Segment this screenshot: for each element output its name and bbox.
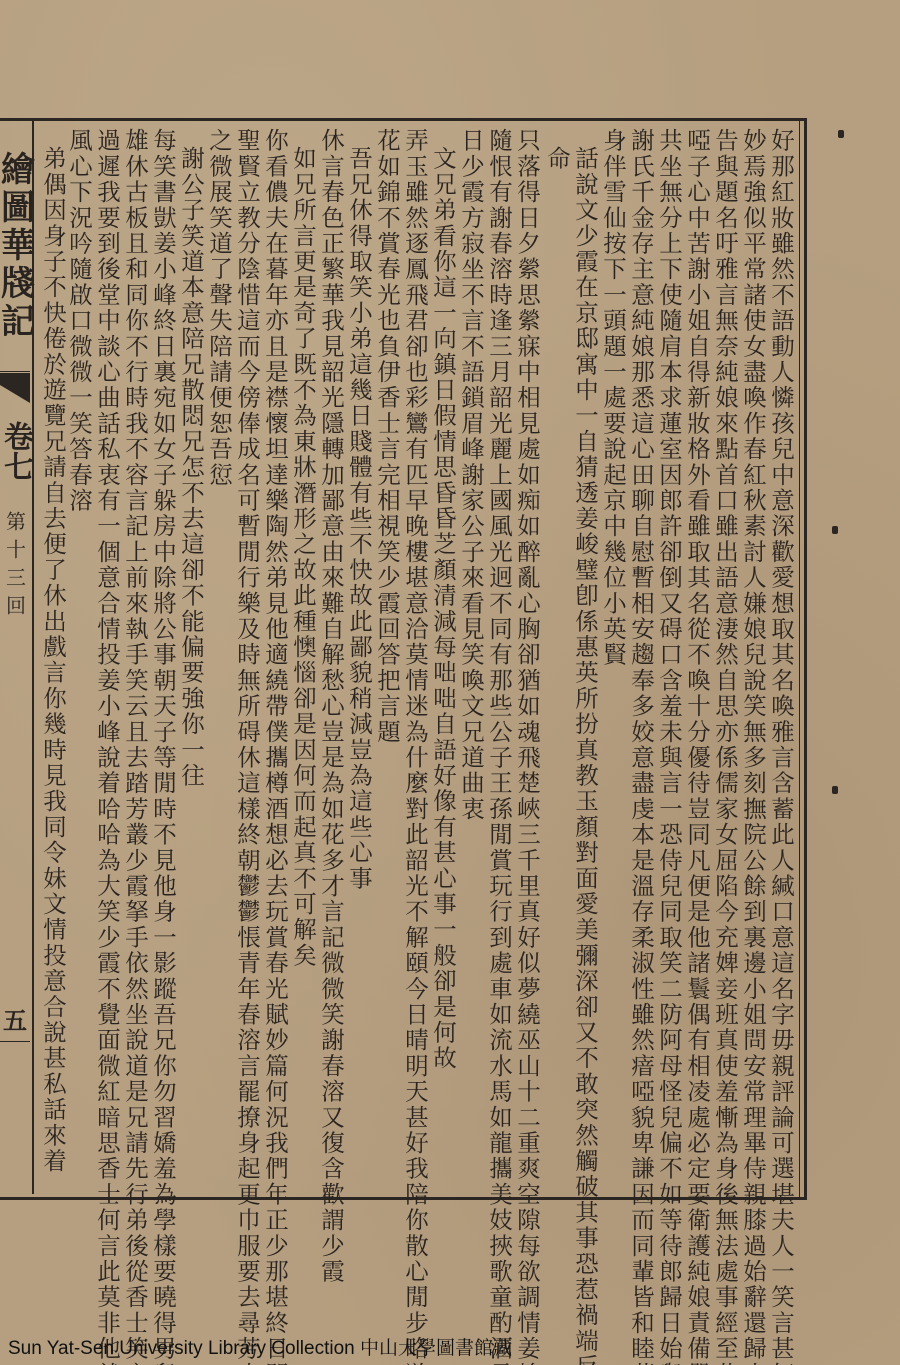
text-column: 謝公子笑道本意陪兄散悶兄怎不去這卻不能偏要強你一往 — [179, 146, 203, 1208]
text-column: 如兄所言更是奇了既不為東牀潛形之故此種懊惱卻是因何而起真不可解矣 — [291, 146, 315, 1208]
text-column: 花如錦不賞春光也負伊香士言完相視笑少霞回答把言題 — [375, 128, 399, 1190]
text-column: 弟偶因身子不快倦於遊覽兄請自去便了休出戲言你幾時見我同令妹文情投意合說甚私話來着 — [41, 146, 65, 1208]
text-column: 之微展笑道了聲失陪請便恕吾愆 — [207, 128, 231, 1190]
binding-hole-mark — [832, 786, 838, 794]
text-column: 隨恨有謝春溶時逢三月韶光麗上國風光迥不同有那些公子王孫閒賞玩行到處車如流水馬如龍… — [487, 128, 511, 1190]
binding-hole-mark — [838, 130, 844, 138]
block-center-margin: 繪圖華牋記 卷七 第十三回 五 — [0, 121, 34, 1194]
text-column: 文兄弟看你這一向鎮日假情思昏昏芝顏清減每咄咄自語好像有甚心事一般卻是何故 — [431, 146, 455, 1208]
chapter-label: 第十三回 — [0, 511, 30, 623]
text-column: 妙焉強似平常諸使女盡喚作春紅秋素討人嫌娘兒說笑無多刻撫院公餘到裏邊小姐問安常理畢… — [741, 128, 765, 1190]
text-column: 好那紅妝雖然不語動人憐孩兒中意深歡愛想取其名喚雅言含蓄此人緘口意這名字毋親評論可… — [769, 128, 793, 1190]
fish-tail-mark — [0, 373, 30, 403]
volume-label: 卷七 — [0, 411, 30, 491]
text-column: 過遲我要到後堂中談心曲話私衷有一個意合情投姜小峰說着哈哈為大笑少霞不覺面微紅暗思… — [95, 128, 119, 1190]
collection-credit: Sun Yat-Sen University Library Collectio… — [8, 1333, 512, 1360]
text-column: 弄玉雖然逐鳳飛君卻也彩鸞有匹早晚樓堪意洽莫情迷為什麼對此韶光不解頤今日晴明天甚好… — [403, 128, 427, 1190]
main-text-body: 好那紅妝雖然不語動人憐孩兒中意深歡愛想取其名喚雅言含蓄此人緘口意這名字毋親評論可… — [40, 124, 800, 1190]
text-column: 雄休古板且和同你不行時我不容言記上前來執手笑云且去踏芳叢少霞拏手依然坐說道是兄請… — [123, 128, 147, 1190]
binding-hole-mark — [832, 526, 838, 534]
text-column: 告與題名吁雅言無奈純娘來點首口雖出語意淒然自思亦係儒家女屈陷今充婢妾班真使羞慚為… — [713, 128, 737, 1190]
text-column: 謝氏千金存主意純娘那悉這心田聊自慰暫相安趨奉多姣意盡虔本是溫存柔淑性雖然瘖啞貌卑… — [629, 128, 653, 1190]
text-column: 身伴雪仙按下一頭題一處要說起京中幾位小英賢 — [601, 128, 625, 1190]
text-column: 只落得日夕縈思縈寐中相見處如痴如醉亂心胸卻猶如魂飛楚峽三千里真好似夢繞巫山十二重… — [515, 128, 539, 1190]
page-number: 五 — [0, 1001, 30, 1042]
text-column: 命 — [545, 146, 569, 1208]
text-column: 休言春色正繁華我見韶光隱轉加鄙意由來難自解愁心豈是為如花多才言記微微笑謝春溶又復… — [319, 128, 343, 1190]
text-column: 啞子心中苦謝小姐自得新妝格外看雖取其名從不喚十分優待豈同凡便是他諸鬟偶有相凌處必… — [685, 128, 709, 1190]
text-column: 共坐無分上下使隨肩本求蓮室因郎許卻倒又碍口含羞未與言一恐侍兒同取笑二防阿母怪兒偏… — [657, 128, 681, 1190]
text-column: 聖賢立教分陰惜這而今傍俸成名可暫閒行樂及時無所碍休這樣終朝鬱鬱悵青年春溶言罷撩身… — [235, 128, 259, 1190]
book-title: 繪圖華牋記 — [0, 121, 30, 372]
text-column: 你看儂夫在暮年亦且是襟懷坦達樂陶然弟見他適繞帶僕攜樽酒想必去玩賞春光賦妙篇何況我… — [263, 128, 287, 1190]
text-column: 每笑書獃姜小峰終日裏宛如女子躲房中除將公事朝天子等閒時不見他身一影蹤吾兄你勿習嬌… — [151, 128, 175, 1190]
text-column: 吾兄休得取笑小弟這幾日賤體有些不快故此鄙貌稍減豈為這些心事 — [347, 146, 371, 1208]
text-column: 風心下況吟隨啟口微微一笑答春溶 — [67, 128, 91, 1190]
text-column: 話說文少霞在京邸寓中一自猜透姜峻璧卽係惠英所扮真教玉顏對面愛美彌深卻又不敢突然觸… — [573, 146, 597, 1208]
text-column: 日少霞方寂坐不言不語鎖眉峰謝家公子來看見笑喚文兄道曲衷 — [459, 128, 483, 1190]
